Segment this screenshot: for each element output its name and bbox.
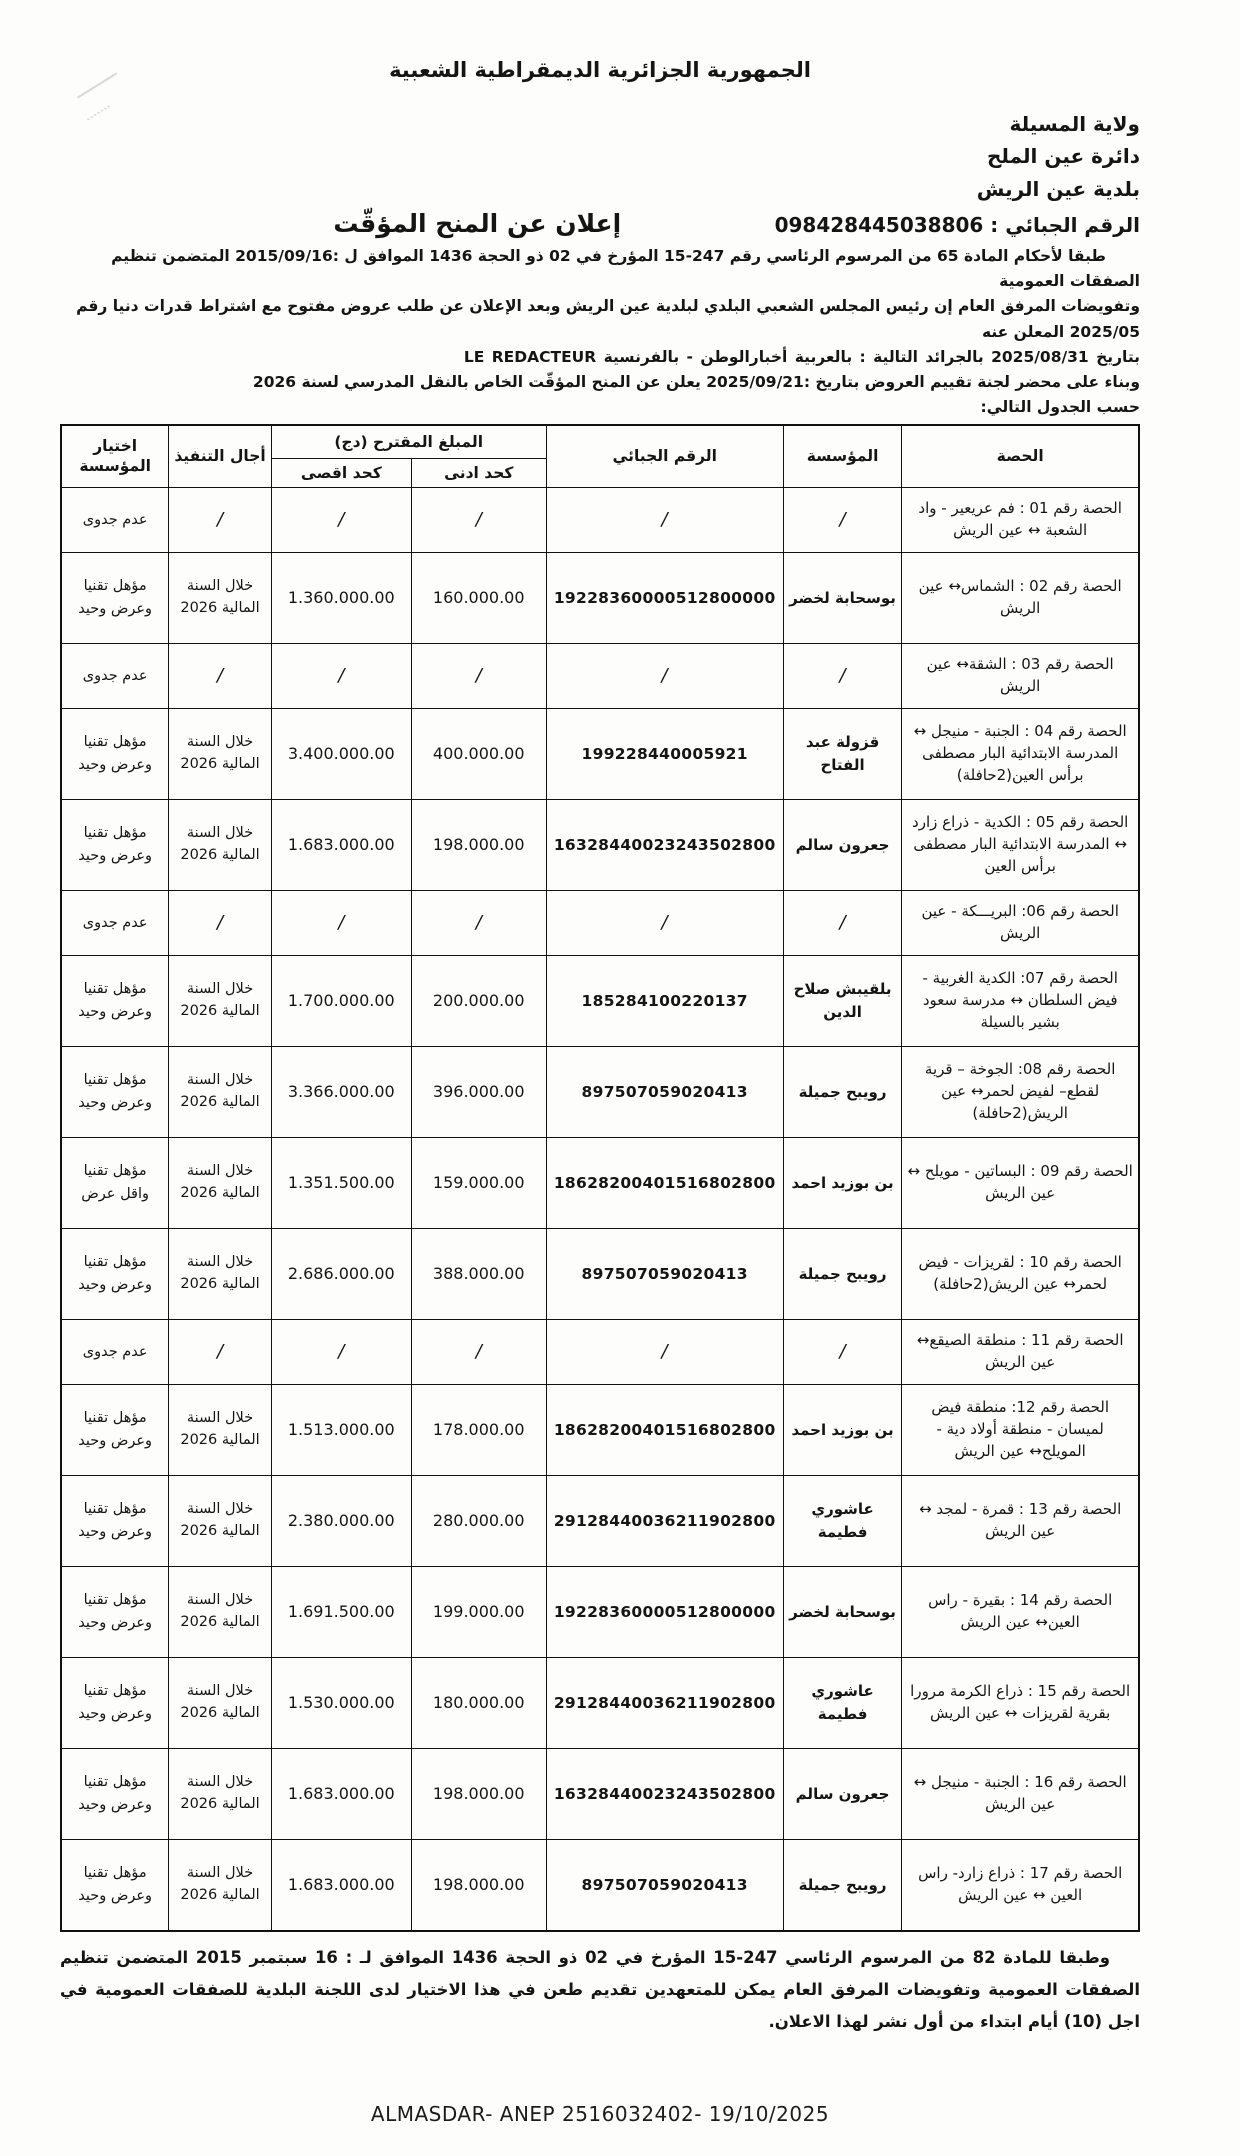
deadline-cell: خلال السنة المالية 2026: [169, 552, 271, 643]
table-row: الحصة رقم 04 : الجنبة - منيجل ↔ المدرسة …: [61, 708, 1139, 799]
deadline-cell: خلال السنة المالية 2026: [169, 1384, 271, 1475]
tax-number-cell: /: [546, 487, 783, 552]
tax-number-cell: 19228360000512800000: [546, 552, 783, 643]
lot-cell: الحصة رقم 12: منطقة فيض لميسان - منطقة أ…: [902, 1384, 1139, 1475]
table-row: الحصة رقم 01 : فم عريعير - واد الشعبة ↔ …: [61, 487, 1139, 552]
deadline-cell: خلال السنة المالية 2026: [169, 1566, 271, 1657]
header-institution: المؤسسة: [783, 425, 902, 488]
lot-cell: الحصة رقم 01 : فم عريعير - واد الشعبة ↔ …: [902, 487, 1139, 552]
choice-cell: مؤهل تقنيا وعرض وحيد: [61, 708, 169, 799]
commune-line: بلدية عين الريش: [60, 173, 1140, 205]
choice-cell: مؤهل تقنيا وعرض وحيد: [61, 1228, 169, 1319]
amount-max-cell: 1.683.000.00: [271, 1839, 411, 1931]
amount-min-cell: /: [411, 890, 546, 955]
amount-max-cell: 2.380.000.00: [271, 1475, 411, 1566]
deadline-cell: خلال السنة المالية 2026: [169, 1228, 271, 1319]
table-row: الحصة رقم 14 : بقيرة - راس العين↔ عين ال…: [61, 1566, 1139, 1657]
intro-line-4: وبناء على محضر لجنة تقييم العروض بتاريخ …: [60, 370, 1140, 395]
institution-cell: جعرون سالم: [783, 799, 902, 890]
amount-max-cell: 1.683.000.00: [271, 1748, 411, 1839]
administrative-header: ولاية المسيلة دائرة عين الملح بلدية عين …: [60, 108, 1140, 205]
deadline-cell: خلال السنة المالية 2026: [169, 1748, 271, 1839]
choice-cell: مؤهل تقنيا وعرض وحيد: [61, 1657, 169, 1748]
choice-cell: عدم جدوى: [61, 643, 169, 708]
choice-cell: مؤهل تقنيا وعرض وحيد: [61, 1566, 169, 1657]
intro-line-2: وتفويضات المرفق العام إن رئيس المجلس الش…: [60, 294, 1140, 344]
deadline-cell: خلال السنة المالية 2026: [169, 1137, 271, 1228]
choice-cell: مؤهل تقنيا وعرض وحيد: [61, 799, 169, 890]
choice-cell: مؤهل تقنيا وعرض وحيد: [61, 1748, 169, 1839]
amount-max-cell: /: [271, 643, 411, 708]
table-row: الحصة رقم 08: الجوخة – قرية لقطع– لفيض ل…: [61, 1046, 1139, 1137]
amount-min-cell: /: [411, 487, 546, 552]
table-row: الحصة رقم 11 : منطقة الصيقع↔ عين الريش /…: [61, 1319, 1139, 1384]
institution-cell: /: [783, 643, 902, 708]
institution-cell: /: [783, 890, 902, 955]
amount-max-cell: /: [271, 487, 411, 552]
deadline-cell: /: [169, 890, 271, 955]
deadline-cell: خلال السنة المالية 2026: [169, 955, 271, 1046]
table-row: الحصة رقم 15 : ذراع الكرمة مرورا بقرية ل…: [61, 1657, 1139, 1748]
amount-max-cell: 2.686.000.00: [271, 1228, 411, 1319]
tax-number-cell: 18628200401516802800: [546, 1137, 783, 1228]
amount-min-cell: 180.000.00: [411, 1657, 546, 1748]
amount-min-cell: 200.000.00: [411, 955, 546, 1046]
choice-cell: مؤهل تقنيا وعرض وحيد: [61, 552, 169, 643]
amount-max-cell: /: [271, 890, 411, 955]
choice-cell: مؤهل تقنيا وعرض وحيد: [61, 1475, 169, 1566]
institution-cell: بن بوزيد احمد: [783, 1384, 902, 1475]
amount-min-cell: 198.000.00: [411, 1748, 546, 1839]
institution-cell: /: [783, 1319, 902, 1384]
anep-reference-line: ALMASDAR- ANEP 2516032402- 19/10/2025: [60, 2102, 1140, 2126]
lot-cell: الحصة رقم 10 : لقريزات - فيض لحمر↔ عين ا…: [902, 1228, 1139, 1319]
table-row: الحصة رقم 07: الكدية الغربية - فيض السلط…: [61, 955, 1139, 1046]
amount-min-cell: 178.000.00: [411, 1384, 546, 1475]
lot-cell: الحصة رقم 14 : بقيرة - راس العين↔ عين ال…: [902, 1566, 1139, 1657]
amount-max-cell: 3.400.000.00: [271, 708, 411, 799]
deadline-cell: /: [169, 487, 271, 552]
amount-max-cell: 1.691.500.00: [271, 1566, 411, 1657]
table-row: الحصة رقم 13 : قمرة - لمجد ↔ عين الريش ع…: [61, 1475, 1139, 1566]
lot-cell: الحصة رقم 16 : الجنبة - منيجل ↔ عين الري…: [902, 1748, 1139, 1839]
amount-min-cell: 280.000.00: [411, 1475, 546, 1566]
intro-line-3: بتاريخ 2025/08/31 بالجرائد التالية : بال…: [60, 345, 1140, 370]
amount-max-cell: 3.366.000.00: [271, 1046, 411, 1137]
amount-min-cell: /: [411, 1319, 546, 1384]
amount-min-cell: 160.000.00: [411, 552, 546, 643]
tax-number-cell: /: [546, 1319, 783, 1384]
table-row: الحصة رقم 09 : البساتين - مويلح ↔ عين ال…: [61, 1137, 1139, 1228]
title-row: الرقم الجبائي : 098428445038806 إعلان عن…: [60, 209, 1140, 238]
lot-cell: الحصة رقم 08: الجوخة – قرية لقطع– لفيض ل…: [902, 1046, 1139, 1137]
intro-line-1: طبقا لأحكام المادة 65 من المرسوم الرئاسي…: [60, 244, 1140, 294]
tax-number-cell: 185284100220137: [546, 955, 783, 1046]
choice-cell: مؤهل تقنيا واقل عرض: [61, 1137, 169, 1228]
deadline-cell: خلال السنة المالية 2026: [169, 799, 271, 890]
header-choice: اختيار المؤسسة: [61, 425, 169, 488]
lot-cell: الحصة رقم 05 : الكدية - ذراع زارد ↔ المد…: [902, 799, 1139, 890]
institution-cell: عاشوري فطيمة: [783, 1657, 902, 1748]
amount-min-cell: /: [411, 643, 546, 708]
document-page: الجمهورية الجزائرية الديمقراطية الشعبية …: [0, 0, 1240, 2156]
tax-number-cell: 16328440023243502800: [546, 1748, 783, 1839]
choice-cell: عدم جدوى: [61, 1319, 169, 1384]
table-row: الحصة رقم 02 : الشماس↔ عين الريش بوسحابة…: [61, 552, 1139, 643]
institution-cell: رويبح جميلة: [783, 1046, 902, 1137]
choice-cell: عدم جدوى: [61, 487, 169, 552]
amount-max-cell: 1.360.000.00: [271, 552, 411, 643]
lot-cell: الحصة رقم 02 : الشماس↔ عين الريش: [902, 552, 1139, 643]
table-row: الحصة رقم 05 : الكدية - ذراع زارد ↔ المد…: [61, 799, 1139, 890]
tax-number-cell: 29128440036211902800: [546, 1657, 783, 1748]
table-row: الحصة رقم 06: البريـــكة - عين الريش / /…: [61, 890, 1139, 955]
lot-cell: الحصة رقم 03 : الشقة↔ عين الريش: [902, 643, 1139, 708]
deadline-cell: /: [169, 643, 271, 708]
lot-cell: الحصة رقم 04 : الجنبة - منيجل ↔ المدرسة …: [902, 708, 1139, 799]
republic-title: الجمهورية الجزائرية الديمقراطية الشعبية: [60, 58, 1140, 82]
header-deadline: أجال التنفيذ: [169, 425, 271, 488]
fiscal-number-line: الرقم الجبائي : 098428445038806: [775, 213, 1140, 237]
lot-cell: الحصة رقم 07: الكدية الغربية - فيض السلط…: [902, 955, 1139, 1046]
tax-number-cell: 19228360000512800000: [546, 1566, 783, 1657]
table-row: الحصة رقم 03 : الشقة↔ عين الريش / / / / …: [61, 643, 1139, 708]
choice-cell: مؤهل تقنيا وعرض وحيد: [61, 1384, 169, 1475]
daira-line: دائرة عين الملح: [60, 140, 1140, 172]
tax-number-cell: 897507059020413: [546, 1228, 783, 1319]
amount-min-cell: 198.000.00: [411, 1839, 546, 1931]
deadline-cell: خلال السنة المالية 2026: [169, 1475, 271, 1566]
amount-max-cell: 1.351.500.00: [271, 1137, 411, 1228]
tax-number-cell: 897507059020413: [546, 1046, 783, 1137]
header-amount-max: كحد اقصى: [271, 458, 411, 487]
institution-cell: /: [783, 487, 902, 552]
lots-table-header: الحصة المؤسسة الرقم الجبائي المبلغ المقت…: [61, 425, 1139, 488]
table-row: الحصة رقم 17 : ذراع زارد- راس العين ↔ عي…: [61, 1839, 1139, 1931]
institution-cell: عاشوري فطيمة: [783, 1475, 902, 1566]
tax-number-cell: /: [546, 890, 783, 955]
tax-number-cell: 18628200401516802800: [546, 1384, 783, 1475]
tax-number-cell: 897507059020413: [546, 1839, 783, 1931]
amount-min-cell: 400.000.00: [411, 708, 546, 799]
lot-cell: الحصة رقم 06: البريـــكة - عين الريش: [902, 890, 1139, 955]
amount-min-cell: 159.000.00: [411, 1137, 546, 1228]
deadline-cell: خلال السنة المالية 2026: [169, 1046, 271, 1137]
amount-min-cell: 198.000.00: [411, 799, 546, 890]
amount-min-cell: 388.000.00: [411, 1228, 546, 1319]
deadline-cell: /: [169, 1319, 271, 1384]
choice-cell: مؤهل تقنيا وعرض وحيد: [61, 1046, 169, 1137]
institution-cell: جعرون سالم: [783, 1748, 902, 1839]
institution-cell: بوسحابة لخضر: [783, 552, 902, 643]
wilaya-line: ولاية المسيلة: [60, 108, 1140, 140]
header-amount-min: كحد ادنى: [411, 458, 546, 487]
tax-number-cell: 29128440036211902800: [546, 1475, 783, 1566]
lot-cell: الحصة رقم 13 : قمرة - لمجد ↔ عين الريش: [902, 1475, 1139, 1566]
deadline-cell: خلال السنة المالية 2026: [169, 708, 271, 799]
amount-max-cell: 1.530.000.00: [271, 1657, 411, 1748]
choice-cell: مؤهل تقنيا وعرض وحيد: [61, 955, 169, 1046]
institution-cell: رويبح جميلة: [783, 1228, 902, 1319]
page-title: إعلان عن المنح المؤقّت: [60, 209, 775, 238]
institution-cell: بن بوزيد احمد: [783, 1137, 902, 1228]
lots-table: الحصة المؤسسة الرقم الجبائي المبلغ المقت…: [60, 424, 1140, 1932]
lot-cell: الحصة رقم 09 : البساتين - مويلح ↔ عين ال…: [902, 1137, 1139, 1228]
tax-number-cell: 199228440005921: [546, 708, 783, 799]
deadline-cell: خلال السنة المالية 2026: [169, 1839, 271, 1931]
lot-cell: الحصة رقم 15 : ذراع الكرمة مرورا بقرية ل…: [902, 1657, 1139, 1748]
institution-cell: قزولة عبد الفتاح: [783, 708, 902, 799]
table-row: الحصة رقم 10 : لقريزات - فيض لحمر↔ عين ا…: [61, 1228, 1139, 1319]
header-amount-group: المبلغ المقترح (دج): [271, 425, 546, 459]
lot-cell: الحصة رقم 17 : ذراع زارد- راس العين ↔ عي…: [902, 1839, 1139, 1931]
institution-cell: بوسحابة لخضر: [783, 1566, 902, 1657]
institution-cell: رويبح جميلة: [783, 1839, 902, 1931]
amount-max-cell: /: [271, 1319, 411, 1384]
lot-cell: الحصة رقم 11 : منطقة الصيقع↔ عين الريش: [902, 1319, 1139, 1384]
amount-max-cell: 1.700.000.00: [271, 955, 411, 1046]
table-row: الحصة رقم 12: منطقة فيض لميسان - منطقة أ…: [61, 1384, 1139, 1475]
tax-number-cell: /: [546, 643, 783, 708]
deadline-cell: خلال السنة المالية 2026: [169, 1657, 271, 1748]
header-lot: الحصة: [902, 425, 1139, 488]
amount-min-cell: 199.000.00: [411, 1566, 546, 1657]
amount-max-cell: 1.683.000.00: [271, 799, 411, 890]
table-row: الحصة رقم 16 : الجنبة - منيجل ↔ عين الري…: [61, 1748, 1139, 1839]
amount-max-cell: 1.513.000.00: [271, 1384, 411, 1475]
lots-table-body: الحصة رقم 01 : فم عريعير - واد الشعبة ↔ …: [61, 487, 1139, 1931]
table-intro-line: حسب الجدول التالي:: [60, 395, 1140, 420]
amount-min-cell: 396.000.00: [411, 1046, 546, 1137]
choice-cell: عدم جدوى: [61, 890, 169, 955]
appeal-paragraph: وطبقا للمادة 82 من المرسوم الرئاسي 247-1…: [60, 1942, 1140, 2039]
institution-cell: بلقيبش صلاح الدين: [783, 955, 902, 1046]
choice-cell: مؤهل تقنيا وعرض وحيد: [61, 1839, 169, 1931]
intro-paragraph: طبقا لأحكام المادة 65 من المرسوم الرئاسي…: [60, 244, 1140, 419]
header-tax-number: الرقم الجبائي: [546, 425, 783, 488]
tax-number-cell: 16328440023243502800: [546, 799, 783, 890]
